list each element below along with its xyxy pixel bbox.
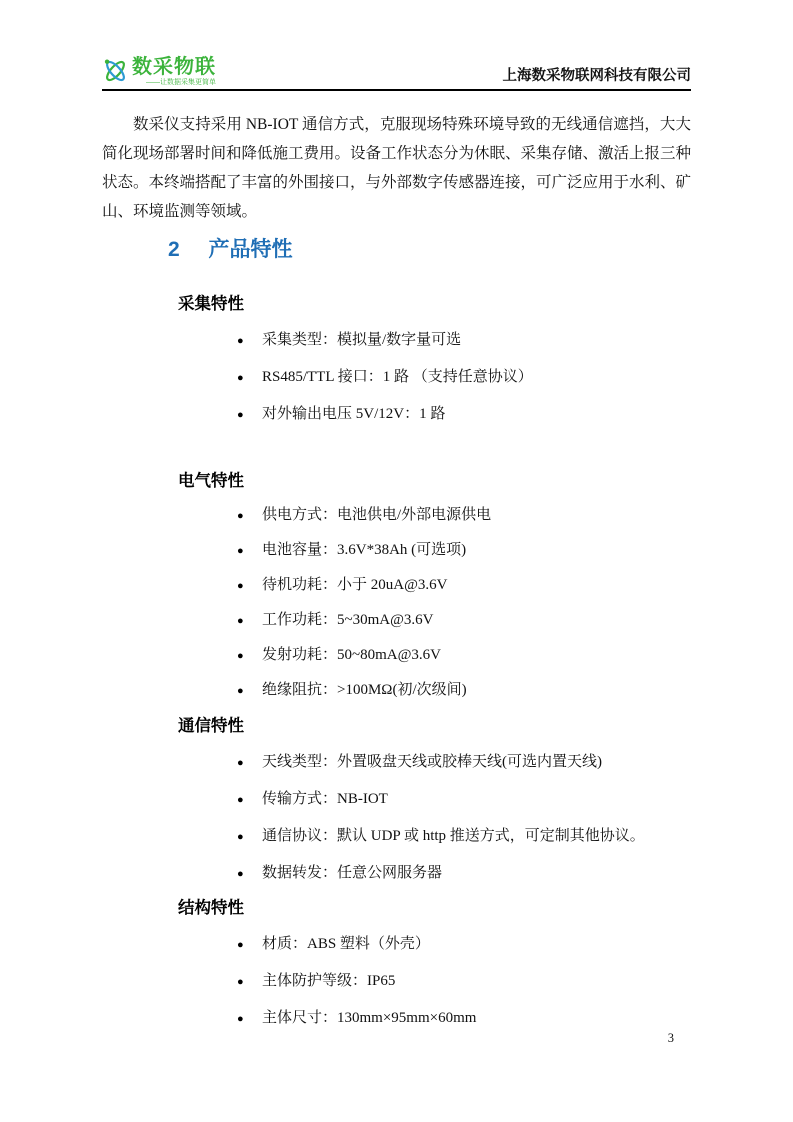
list-item: ● 发射功耗：50~80mA@3.6V — [178, 645, 691, 667]
section-number: 2 — [168, 235, 180, 265]
bullet-icon: ● — [237, 1009, 262, 1030]
list-item-text: 供电方式：电池供电/外部电源供电 — [262, 505, 691, 526]
company-logo: 数采物联 ——让数据采集更简单 — [102, 56, 216, 87]
bullet-icon: ● — [237, 864, 262, 885]
bullet-icon: ● — [237, 368, 262, 389]
list-item-text: 传输方式：NB-IOT — [262, 789, 691, 810]
list-item: ● 数据转发：任意公网服务器 — [178, 863, 691, 885]
list-item: ● 通信协议：默认 UDP 或 http 推送方式，可定制其他协议。 — [178, 826, 691, 848]
group-title: 通信特性 — [178, 715, 691, 737]
list-item-text: 待机功耗：小于 20uA@3.6V — [262, 575, 691, 596]
section-heading: 2 产品特性 — [168, 235, 793, 265]
group-title: 电气特性 — [178, 470, 691, 492]
atom-logo-icon — [102, 56, 129, 86]
list-item: ● 待机功耗：小于 20uA@3.6V — [178, 575, 691, 597]
list-item: ● 对外输出电压 5V/12V：1 路 — [178, 404, 691, 426]
feature-group-communication: 通信特性 ● 天线类型：外置吸盘天线或胶棒天线(可选内置天线) ● 传输方式：N… — [178, 715, 691, 885]
list-item: ● 绝缘阻抗：>100MΩ(初/次级间) — [178, 680, 691, 702]
bullet-icon: ● — [237, 935, 262, 956]
bullet-icon: ● — [237, 611, 262, 632]
list-item: ● 主体尺寸：130mm×95mm×60mm — [178, 1008, 691, 1030]
bullet-icon: ● — [237, 972, 262, 993]
logo-tagline-text: ——让数据采集更简单 — [146, 78, 216, 87]
list-item-text: 天线类型：外置吸盘天线或胶棒天线(可选内置天线) — [262, 752, 691, 773]
list-item: ● 材质：ABS 塑料（外壳） — [178, 934, 691, 956]
list-item-text: 主体尺寸：130mm×95mm×60mm — [262, 1008, 691, 1029]
page-header: 数采物联 ——让数据采集更简单 上海数采物联网科技有限公司 — [102, 0, 691, 91]
company-name: 上海数采物联网科技有限公司 — [503, 66, 692, 87]
list-item-text: 电池容量：3.6V*38Ah (可选项) — [262, 540, 691, 561]
list-item: ● 天线类型：外置吸盘天线或胶棒天线(可选内置天线) — [178, 752, 691, 774]
list-item: ● RS485/TTL 接口：1 路 （支持任意协议） — [178, 367, 691, 389]
bullet-icon: ● — [237, 681, 262, 702]
list-item-text: 工作功耗：5~30mA@3.6V — [262, 610, 691, 631]
list-item: ● 供电方式：电池供电/外部电源供电 — [178, 505, 691, 527]
logo-brand-text: 数采物联 — [132, 56, 216, 78]
list-item: ● 采集类型：模拟量/数字量可选 — [178, 330, 691, 352]
bullet-icon: ● — [237, 576, 262, 597]
group-title: 采集特性 — [178, 293, 691, 315]
logo-text-column: 数采物联 ——让数据采集更简单 — [132, 56, 216, 87]
page-number: 3 — [668, 1030, 674, 1046]
list-item: ● 电池容量：3.6V*38Ah (可选项) — [178, 540, 691, 562]
list-item-text: 数据转发：任意公网服务器 — [262, 863, 691, 884]
list-item-text: 对外输出电压 5V/12V：1 路 — [262, 404, 691, 425]
list-item: ● 传输方式：NB-IOT — [178, 789, 691, 811]
list-item-text: 绝缘阻抗：>100MΩ(初/次级间) — [262, 680, 691, 701]
list-item-text: 发射功耗：50~80mA@3.6V — [262, 645, 691, 666]
list-item-text: RS485/TTL 接口：1 路 （支持任意协议） — [262, 367, 691, 388]
list-item: ● 主体防护等级：IP65 — [178, 971, 691, 993]
bullet-icon: ● — [237, 405, 262, 426]
bullet-icon: ● — [237, 506, 262, 527]
bullet-icon: ● — [237, 541, 262, 562]
bullet-icon: ● — [237, 827, 262, 848]
list-item-text: 通信协议：默认 UDP 或 http 推送方式，可定制其他协议。 — [262, 826, 691, 847]
feature-group-collection: 采集特性 ● 采集类型：模拟量/数字量可选 ● RS485/TTL 接口：1 路… — [178, 293, 691, 426]
group-title: 结构特性 — [178, 897, 691, 919]
bullet-icon: ● — [237, 790, 262, 811]
section-title: 产品特性 — [209, 235, 293, 265]
bullet-icon: ● — [237, 331, 262, 352]
list-item-text: 采集类型：模拟量/数字量可选 — [262, 330, 691, 351]
list-item-text: 主体防护等级：IP65 — [262, 971, 691, 992]
list-item: ● 工作功耗：5~30mA@3.6V — [178, 610, 691, 632]
document-page: 数采物联 ——让数据采集更简单 上海数采物联网科技有限公司 数采仪支持采用 NB… — [0, 0, 793, 1122]
intro-paragraph: 数采仪支持采用 NB-IOT 通信方式，克服现场特殊环境导致的无线通信遮挡，大大… — [102, 110, 691, 226]
bullet-icon: ● — [237, 646, 262, 667]
feature-group-structure: 结构特性 ● 材质：ABS 塑料（外壳） ● 主体防护等级：IP65 ● 主体尺… — [178, 897, 691, 1030]
feature-group-electrical: 电气特性 ● 供电方式：电池供电/外部电源供电 ● 电池容量：3.6V*38Ah… — [178, 470, 691, 702]
bullet-icon: ● — [237, 753, 262, 774]
list-item-text: 材质：ABS 塑料（外壳） — [262, 934, 691, 955]
